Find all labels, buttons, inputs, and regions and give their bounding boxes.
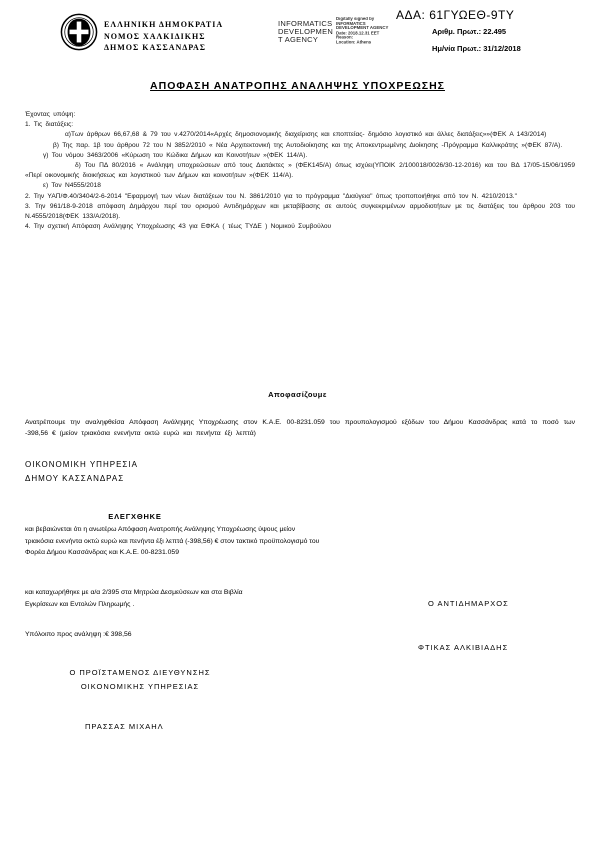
paragraph-provision-e: ε) Τον Ν4555/2018 — [25, 181, 575, 191]
director-title-line-2: ΟΙΚΟΝΟΜΙΚΗΣ ΥΠΗΡΕΣΙΑΣ — [35, 680, 245, 694]
paragraph-provision-a: α)Των άρθρων 66,67,68 & 79 του ν.4270/20… — [25, 130, 575, 140]
document-title: ΑΠΟΦΑΣΗ ΑΝΑΤΡΟΠΗΣ ΑΝΑΛΗΨΗΣ ΥΠΟΧΡΕΩΣΗΣ — [0, 80, 595, 92]
paragraph-item-2: 2. Την ΥΑΠ/Φ.40/3404/2-6-2014 "Εφαρμογή … — [25, 192, 575, 202]
ada-code: ΑΔΑ: 61ΓΥΩΕΘ-9ΤΥ — [396, 8, 514, 22]
finance-dept-line-1: ΟΙΚΟΝΟΜΙΚΗ ΥΠΗΡΕΣΙΑ — [25, 458, 138, 472]
checked-heading: ΕΛΕΓΧΘΗΚΕ — [25, 512, 245, 521]
deputy-mayor-name: ΦΤΙΚΑΣ ΑΛΚΙΒΙΑΔΗΣ — [418, 643, 508, 652]
decision-heading: Αποφασίζουμε — [0, 390, 595, 399]
stamp-line-6: Location: Athens — [336, 40, 401, 45]
agency-line-3: T AGENCY — [278, 36, 333, 44]
checked-body-text: και βεβαιώνεται ότι η ανωτέρω Απόφαση Αν… — [25, 524, 325, 559]
document-page: ΕΛΛΗΝΙΚΗ ΔΗΜΟΚΡΑΤΙΑ ΝΟΜΟΣ ΧΑΛΚΙΔΙΚΗΣ ΔΗΜ… — [0, 0, 595, 842]
government-header: ΕΛΛΗΝΙΚΗ ΔΗΜΟΚΡΑΤΙΑ ΝΟΜΟΣ ΧΑΛΚΙΔΙΚΗΣ ΔΗΜ… — [104, 19, 223, 54]
director-title-block: Ο ΠΡΟΪΣΤΑΜΕΝΟΣ ΔΙΕΥΘΥΝΣΗΣ ΟΙΚΟΝΟΜΙΚΗΣ ΥΠ… — [35, 666, 245, 693]
gov-line-municipality: ΔΗΜΟΣ ΚΑΣΣΑΝΔΡΑΣ — [104, 42, 223, 54]
paragraph-provision-d: δ) Του ΠΔ 80/2016 « Ανάληψη υποχρεώσεων … — [25, 161, 575, 181]
gov-line-prefecture: ΝΟΜΟΣ ΧΑΛΚΙΔΙΚΗΣ — [104, 31, 223, 43]
protocol-number: Αριθμ. Πρωτ.: 22.495 — [432, 27, 506, 36]
decision-paragraph: Ανατρέπουμε την αναληφθείσα Απόφαση Ανάλ… — [25, 417, 575, 439]
director-name: ΠΡΑΣΣΑΣ ΜΙΧΑΗΛ — [85, 722, 164, 731]
greek-coat-of-arms-icon — [60, 13, 98, 51]
considerations-section: Έχοντας υπόψη: 1. Τις διατάξεις: α)Των ά… — [25, 110, 575, 232]
deputy-mayor-title: Ο ΑΝΤΙΔΗΜΑΡΧΟΣ — [428, 599, 509, 608]
checked-section: ΕΛΕΓΧΘΗΚΕ και βεβαιώνεται ότι η ανωτέρω … — [25, 512, 325, 559]
remaining-balance: Υπόλοιπο προς ανάληψη :€ 398,56 — [25, 631, 132, 638]
digital-signature-stamp: Digitally signed by INFORMATICS DEVELOPM… — [336, 17, 401, 45]
finance-dept-line-2: ΔΗΜΟΥ ΚΑΣΣΑΝΔΡΑΣ — [25, 472, 138, 486]
gov-line-republic: ΕΛΛΗΝΙΚΗ ΔΗΜΟΚΡΑΤΙΑ — [104, 19, 223, 31]
finance-department-block: ΟΙΚΟΝΟΜΙΚΗ ΥΠΗΡΕΣΙΑ ΔΗΜΟΥ ΚΑΣΣΑΝΔΡΑΣ — [25, 458, 138, 486]
paragraph-provisions-heading: 1. Τις διατάξεις: — [25, 120, 575, 130]
paragraph-having-regard: Έχοντας υπόψη: — [25, 110, 575, 120]
paragraph-item-4: 4. Την σχετική Απόφαση Ανάληψης Υποχρέωσ… — [25, 222, 575, 232]
protocol-date: Ημ/νία Πρωτ.: 31/12/2018 — [432, 44, 521, 53]
paragraph-provision-c: γ) Του νόμου 3463/2006 «Κύρωση του Κώδικ… — [25, 151, 575, 161]
registration-note: και καταχωρήθηκε με α/α 2/395 στα Μητρώα… — [25, 587, 255, 610]
paragraph-provision-b: β) Της παρ. 1β του άρθρου 72 του Ν 3852/… — [25, 141, 575, 151]
director-title-line-1: Ο ΠΡΟΪΣΤΑΜΕΝΟΣ ΔΙΕΥΘΥΝΣΗΣ — [35, 666, 245, 680]
signing-agency: INFORMATICS DEVELOPMEN T AGENCY — [278, 20, 333, 44]
paragraph-item-3: 3. Την 961/18-9-2018 απόφαση Δημάρχου πε… — [25, 202, 575, 222]
